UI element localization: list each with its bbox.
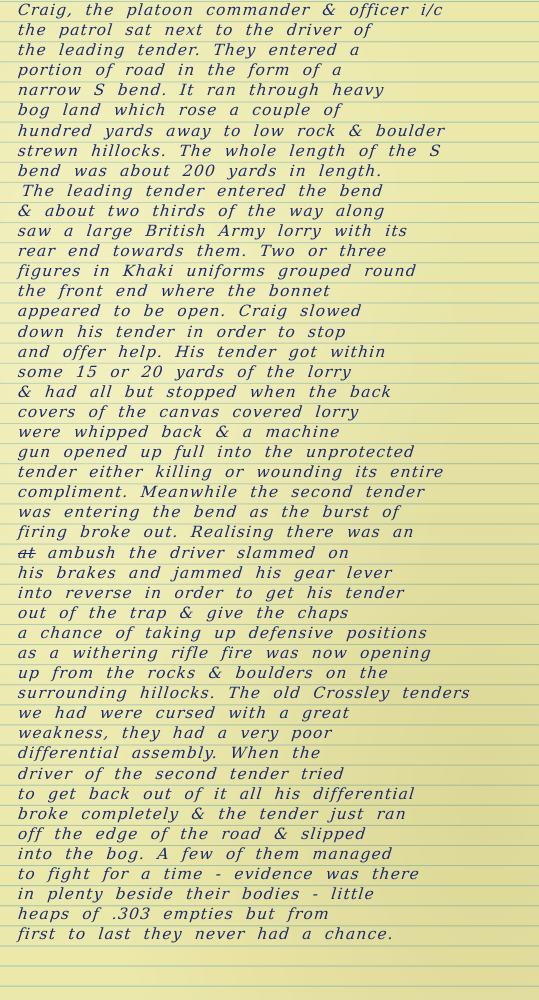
text-line: off the edge of the road & slipped xyxy=(17,824,534,844)
text-line: hundred yards away to low rock & boulder xyxy=(17,121,534,141)
text-line: Craig, the platoon commander & officer i… xyxy=(17,0,534,20)
struck-word: at xyxy=(17,544,37,562)
text-line: into the bog. A few of them managed xyxy=(17,844,534,864)
text-line: weakness, they had a very poor xyxy=(17,723,534,743)
text-line: differential assembly. When the xyxy=(17,743,534,763)
text-line: the leading tender. They entered a xyxy=(17,40,534,60)
text-line: first to last they never had a chance. xyxy=(17,924,534,944)
text-line: appeared to be open. Craig slowed xyxy=(17,301,534,321)
text-line: to fight for a time - evidence was there xyxy=(17,864,534,884)
text-line: down his tender in order to stop xyxy=(17,322,534,342)
text-line: firing broke out. Realising there was an xyxy=(17,522,534,542)
text-line: tender either killing or wounding its en… xyxy=(17,462,534,482)
text-line: saw a large British Army lorry with its xyxy=(17,221,534,241)
text-line: up from the rocks & boulders on the xyxy=(17,663,534,683)
text-line: into reverse in order to get his tender xyxy=(17,583,534,603)
notebook-page: Craig, the platoon commander & officer i… xyxy=(0,0,539,1000)
text-line: & about two thirds of the way along xyxy=(17,201,534,221)
text-line-with-strikethrough: at ambush the driver slammed on xyxy=(17,543,534,563)
text-line: bend was about 200 yards in length. xyxy=(17,161,534,181)
text-line: was entering the bend as the burst of xyxy=(17,502,534,522)
text-line: portion of road in the form of a xyxy=(17,60,534,80)
text-line: strewn hillocks. The whole length of the… xyxy=(17,141,534,161)
text-line: bog land which rose a couple of xyxy=(17,100,534,120)
text-line: gun opened up full into the unprotected xyxy=(17,442,534,462)
text-line: were whipped back & a machine xyxy=(17,422,534,442)
text-line: to get back out of it all his differenti… xyxy=(17,784,534,804)
text-line-content: ambush the driver slammed on xyxy=(47,544,351,562)
handwritten-text: Craig, the platoon commander & officer i… xyxy=(18,0,533,944)
text-line: figures in Khaki uniforms grouped round xyxy=(17,261,534,281)
text-line: narrow S bend. It ran through heavy xyxy=(17,80,534,100)
text-line: as a withering rifle fire was now openin… xyxy=(17,643,534,663)
text-line: rear end towards them. Two or three xyxy=(17,241,534,261)
text-line: surrounding hillocks. The old Crossley t… xyxy=(17,683,534,703)
text-line: The leading tender entered the bend xyxy=(17,181,534,201)
text-line: broke completely & the tender just ran xyxy=(17,804,534,824)
text-line: in plenty beside their bodies - little xyxy=(17,884,534,904)
text-line: a chance of taking up defensive position… xyxy=(17,623,534,643)
text-line: and offer help. His tender got within xyxy=(17,342,534,362)
text-line: heaps of .303 empties but from xyxy=(17,904,534,924)
text-line: compliment. Meanwhile the second tender xyxy=(17,482,534,502)
text-line: & had all but stopped when the back xyxy=(17,382,534,402)
text-line: the patrol sat next to the driver of xyxy=(17,20,534,40)
text-line: the front end where the bonnet xyxy=(17,281,534,301)
text-line: his brakes and jammed his gear lever xyxy=(17,563,534,583)
text-line: driver of the second tender tried xyxy=(17,764,534,784)
text-line: some 15 or 20 yards of the lorry xyxy=(17,362,534,382)
text-line: we had were cursed with a great xyxy=(17,703,534,723)
text-line: covers of the canvas covered lorry xyxy=(17,402,534,422)
text-line: out of the trap & give the chaps xyxy=(17,603,534,623)
